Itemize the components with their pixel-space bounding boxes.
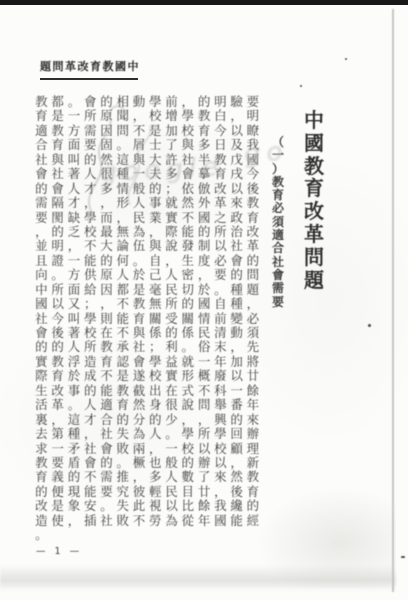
ink-speck	[86, 66, 88, 68]
ink-speck	[345, 58, 347, 60]
running-head: 題問革改育教國中	[40, 58, 140, 74]
body-column: 。一方面叫著人才缺乏，一方面又叫著人浮於事。這種矛盾的現象，	[66, 95, 82, 547]
body-column: 相聞問。這種情形，無論何人都不能不承認是教育的失敗。推究失敗	[115, 95, 131, 547]
section-heading: （一）教育必須適合社會需要	[268, 136, 288, 309]
page-number: — 1 —	[36, 546, 82, 557]
body-column: 教育適合社會的需要，並且向中國社會的實際生活裏去求教育的改造。	[33, 95, 49, 547]
body-column: 會所需要的人才，學校不能供給；學校所造成的人才，社會不能安插	[82, 95, 98, 547]
body-column: 都是教育與社會隔閡的明證。所以今後的教育改革，第一要義便是使	[50, 95, 66, 547]
body-column: 明白今日教育改革之所以必要。自前清末年廢科舉興學校以來，我國	[212, 95, 228, 547]
ink-speck	[368, 324, 371, 327]
page-top-edge-bar	[0, 0, 408, 5]
body-column: 學校是士大夫的事業，與自己毫無關係；學校出身的人，也多輕視勞	[147, 95, 163, 547]
body-column: 要明瞭我國今後教育改革的問題，必須先將廿餘年來辦理新教育的經	[245, 95, 261, 547]
body-column: 動，不屑與一般人民為伍。於是教育與社會遂截然分為兩橛，彼此不	[131, 95, 147, 547]
body-column: ，學校與社會依然不能發生密切的關係。就形式說，學校的數目比從	[180, 95, 196, 547]
body-column: 的原因固然很多，而最大的原因，則在教育不能適合社會的需要。社	[98, 95, 114, 547]
bottom-edge-shadow	[0, 565, 396, 591]
body-column: 驗，以及戊戌以來政治社會的種種變動，加以一番的回顧，然後纔能	[228, 95, 244, 547]
ink-speck	[300, 85, 302, 87]
chapter-title: 中國教育改革問題	[297, 109, 331, 291]
running-head-underline	[40, 78, 138, 80]
body-text: 要明瞭我國今後教育改革的問題，必須先將廿餘年來辦理新教育的經 驗，以及戊戌以來政…	[33, 95, 261, 547]
body-column: 的教育多半摹倣外國的制度，於國情民俗一概不問，所以辦了廿餘年	[196, 95, 212, 547]
scanned-book-page: 題問革改育教國中 中國教育改革問題 （一）教育必須適合社會需要 要明瞭我國今後教…	[0, 0, 408, 600]
body-column: 前增加了許多；就實際說，人民所受的利益實在很少。一般人民以為	[163, 95, 179, 547]
corner-shade	[258, 488, 396, 588]
ink-speck	[401, 556, 405, 558]
page-right-edge-line	[392, 9, 394, 592]
